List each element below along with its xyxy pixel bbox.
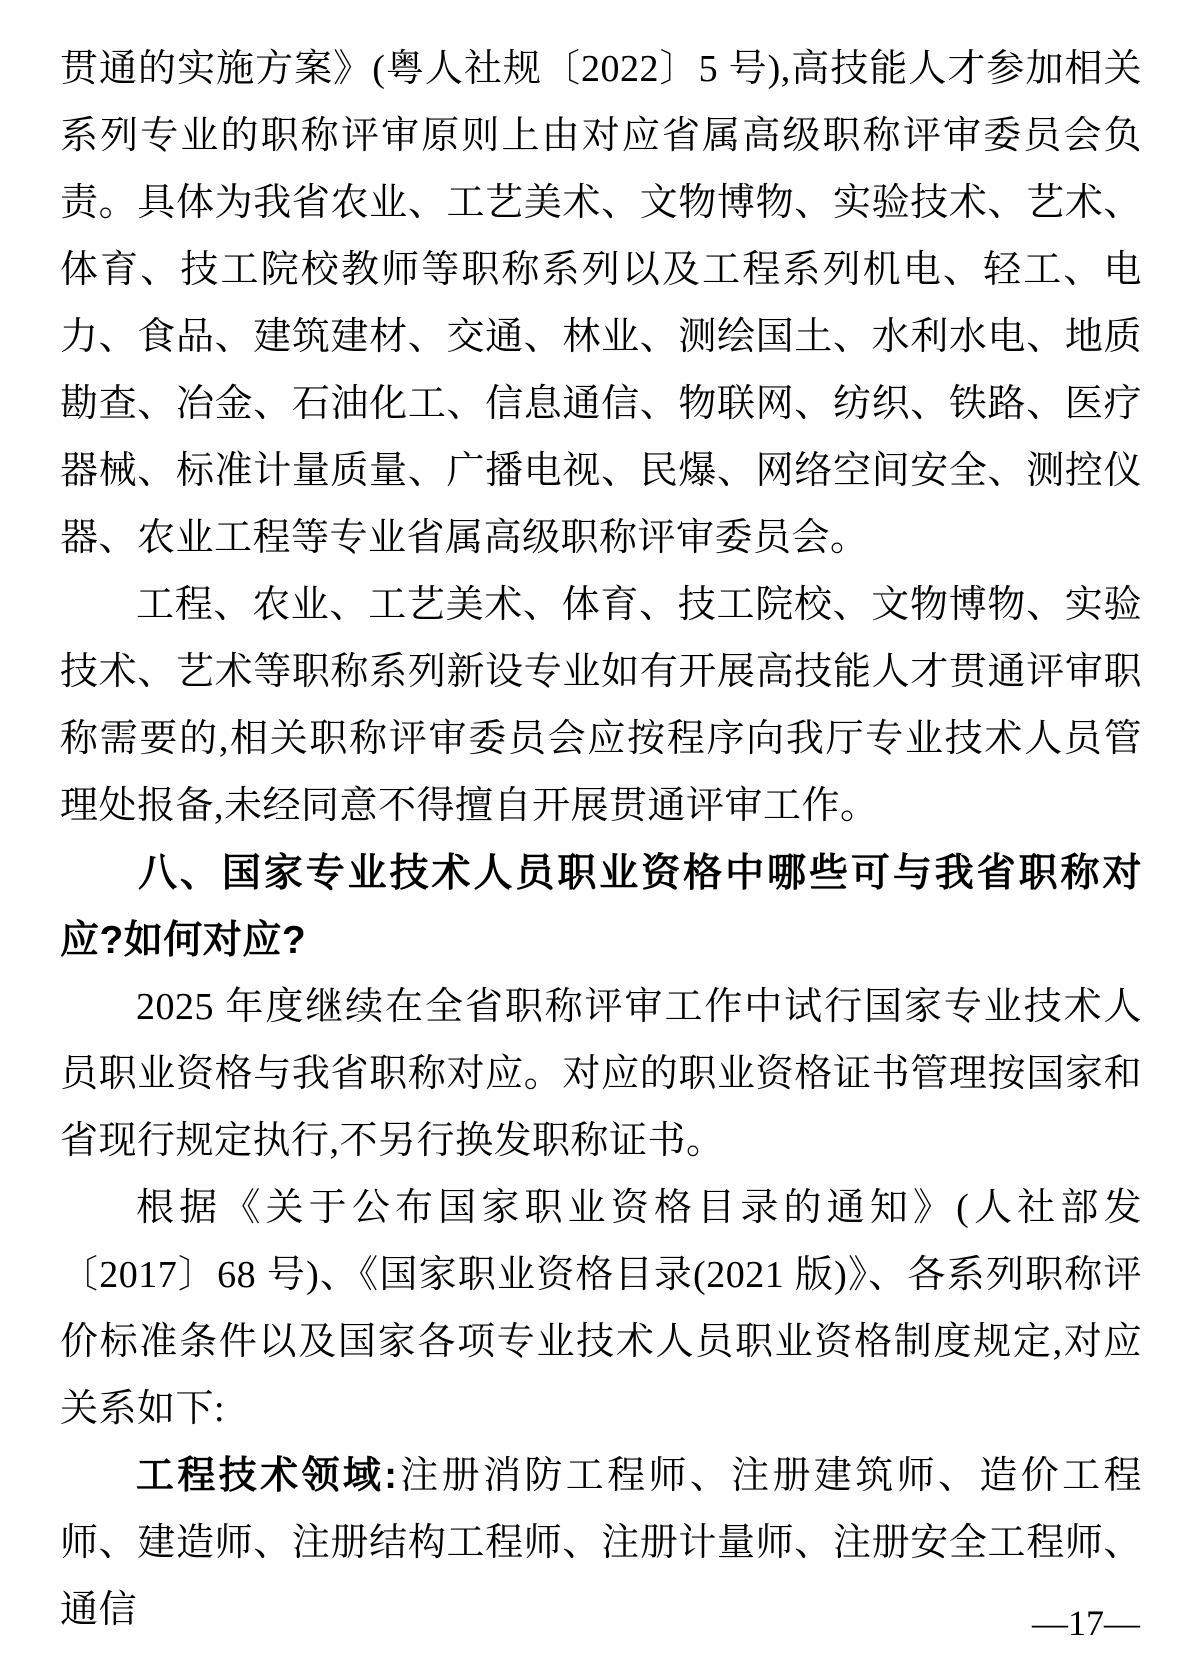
engineering-field-label: 工程技术领域:	[136, 1455, 397, 1497]
paragraph-guantong-continuation: 贯通的实施方案》(粤人社规〔2022〕5 号),高技能人才参加相关系列专业的职称…	[60, 36, 1142, 572]
page-number: —17—	[1032, 1603, 1140, 1643]
document-body: 贯通的实施方案》(粤人社规〔2022〕5 号),高技能人才参加相关系列专业的职称…	[60, 36, 1142, 1644]
section-heading-q8: 八、国家专业技术人员职业资格中哪些可与我省职称对应?如何对应?	[60, 840, 1142, 974]
paragraph-basis-documents: 根据《关于公布国家职业资格目录的通知》(人社部发〔2017〕68 号)、《国家职…	[60, 1175, 1142, 1443]
paragraph-engineering-field: 工程技术领域:注册消防工程师、注册建筑师、造价工程师、建造师、注册结构工程师、注…	[60, 1443, 1142, 1644]
paragraph-2025-trial: 2025 年度继续在全省职称评审工作中试行国家专业技术人员职业资格与我省职称对应…	[60, 974, 1142, 1175]
paragraph-guantong-filing: 工程、农业、工艺美术、体育、技工院校、文物博物、实验技术、艺术等职称系列新设专业…	[60, 572, 1142, 840]
document-page: 贯通的实施方案》(粤人社规〔2022〕5 号),高技能人才参加相关系列专业的职称…	[0, 0, 1203, 1667]
